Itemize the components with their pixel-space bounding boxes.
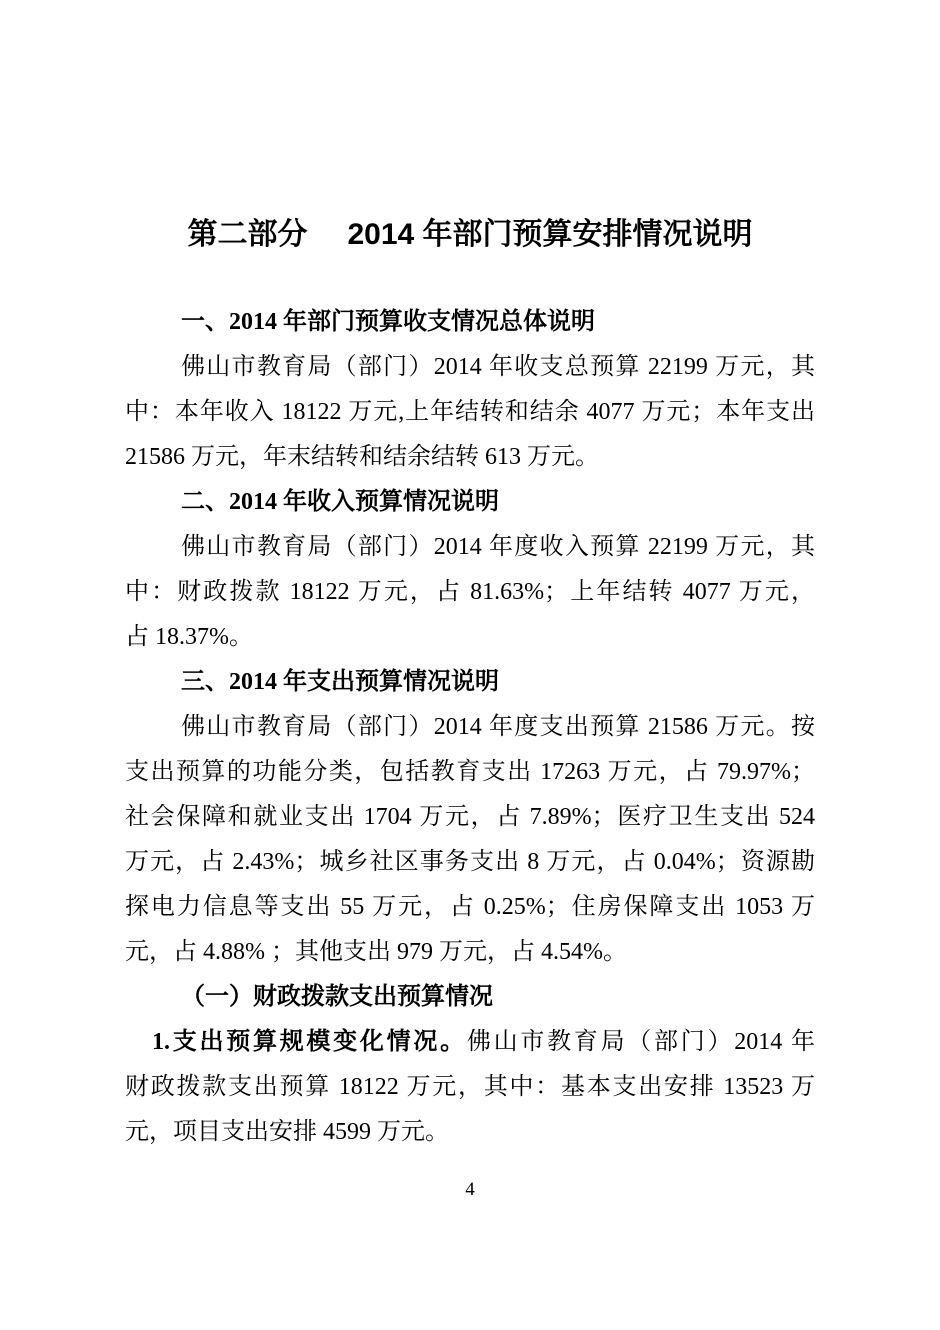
paragraph-line: 万元，占 2.43%；城乡社区事务支出 8 万元，占 0.04%；资源勘 [125, 840, 815, 885]
paragraph-line: 佛山市教育局（部门）2014 年度支出预算 21586 万元。按 [125, 705, 815, 750]
subsection-heading-1: （一）财政拨款支出预算情况 [125, 975, 815, 1020]
paragraph-line: 元，占 4.88% ；其他支出 979 万元，占 4.54%。 [125, 930, 815, 975]
paragraph-line: 支出预算的功能分类，包括教育支出 17263 万元，占 79.97%； [125, 750, 815, 795]
document-page: 第二部分2014 年部门预算安排情况说明 一、2014 年部门预算收支情况总体说… [0, 0, 940, 1330]
document-title: 第二部分2014 年部门预算安排情况说明 [125, 210, 815, 260]
paragraph-line: 占 18.37%。 [125, 615, 815, 660]
paragraph-line: 佛山市教育局（部门）2014 年收支总预算 22199 万元，其 [125, 345, 815, 390]
section-heading-1: 一、2014 年部门预算收支情况总体说明 [125, 300, 815, 345]
paragraph-line: 佛山市教育局（部门）2014 年度收入预算 22199 万元，其 [125, 525, 815, 570]
document-title-text: 2014 年部门预算安排情况说明 [347, 218, 752, 251]
paragraph-line: 21586 万元，年末结转和结余结转 613 万元。 [125, 435, 815, 480]
paragraph-line: 财政拨款支出预算 18122 万元，其中：基本支出安排 13523 万 [125, 1065, 815, 1110]
paragraph-lead-bold: 1.支出预算规模变化情况。 [152, 1029, 467, 1055]
paragraph-line: 中：财政拨款 18122 万元，占 81.63%；上年结转 4077 万元， [125, 570, 815, 615]
paragraph-line: 1.支出预算规模变化情况。佛山市教育局（部门）2014 年 [125, 1020, 815, 1065]
section-heading-2: 二、2014 年收入预算情况说明 [125, 480, 815, 525]
paragraph-line: 元，项目支出安排 4599 万元。 [125, 1110, 815, 1155]
paragraph-line: 探电力信息等支出 55 万元，占 0.25%；住房保障支出 1053 万 [125, 885, 815, 930]
paragraph-line: 社会保障和就业支出 1704 万元，占 7.89%；医疗卫生支出 524 [125, 795, 815, 840]
document-title-part: 第二部分 [187, 218, 307, 251]
paragraph-lead-rest: 佛山市教育局（部门）2014 年 [467, 1029, 815, 1055]
section-heading-3: 三、2014 年支出预算情况说明 [125, 660, 815, 705]
paragraph-line: 中：本年收入 18122 万元,上年结转和结余 4077 万元；本年支出 [125, 390, 815, 435]
page-number: 4 [125, 1178, 815, 1202]
